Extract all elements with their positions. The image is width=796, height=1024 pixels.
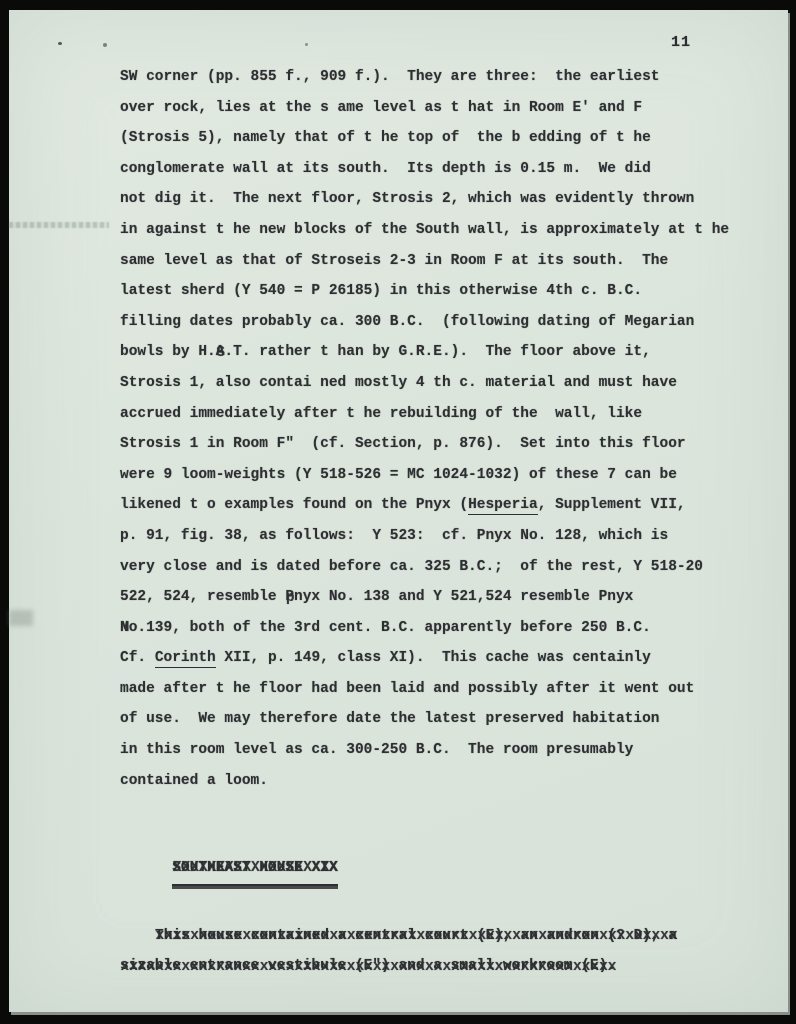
struck-heading-text: SOUTHEAST HOUSE XIX	[172, 853, 337, 887]
struck-line: sizable entrance vestibule (E") and a sm…	[120, 951, 677, 982]
text-line: of use. We may therefore date the latest…	[120, 704, 729, 735]
text-line: likened t o examples found on the Pnyx (…	[120, 490, 729, 521]
ink-speck	[305, 43, 308, 46]
text-segment: accrued immediately after t he rebuildin…	[120, 406, 642, 422]
paper-sheet: 11 SW corner (pp. 855 f., 909 f.). They …	[9, 10, 788, 1012]
text-line: p. 91, fig. 38, as follows: Y 523: cf. P…	[120, 521, 729, 552]
text-segment: in against t he new blocks of the South …	[120, 222, 729, 238]
text-line: SW corner (pp. 855 f., 909 f.). They are…	[120, 62, 729, 93]
struck-heading: SOUTHEAST HOUSE XIX	[120, 822, 677, 917]
ink-speck	[58, 42, 62, 45]
text-segment: made after t he floor had been laid and …	[120, 681, 694, 697]
text-line: made after t he floor had been laid and …	[120, 674, 729, 705]
text-line: filling dates probably ca. 300 B.C. (fol…	[120, 307, 729, 338]
text-line: 522, 524, resemble Pnyx No. 138 and Y 52…	[120, 582, 729, 613]
text-segment: over rock, lies at the s ame level as t …	[120, 100, 642, 116]
overstruck-char: N	[120, 613, 129, 644]
text-segment: , Supplement VII,	[538, 497, 686, 513]
overstruck-char: P	[285, 582, 294, 613]
overstruck-char: A	[216, 337, 225, 368]
text-segment: Cf.	[120, 650, 155, 666]
text-line: Strosis 1 in Room F" (cf. Section, p. 87…	[120, 429, 729, 460]
text-segment: 522, 524, resemble	[120, 589, 285, 605]
text-line: bowls by H.A.T. rather t han by G.R.E.).…	[120, 337, 729, 368]
text-segment: (Strosis 5), namely that of t he top of …	[120, 130, 651, 146]
text-line: same level as that of Stroseis 2-3 in Ro…	[120, 246, 729, 277]
struck-line: This house contained a central court (E)…	[120, 921, 677, 952]
text-segment: contained a loom.	[120, 773, 268, 789]
text-line: not dig it. The next floor, Strosis 2, w…	[120, 184, 729, 215]
text-line: No.139, both of the 3rd cent. B.C. appar…	[120, 613, 729, 644]
struck-text: This house contained a central court (E)…	[155, 921, 677, 952]
text-segment: Strosis 1 in Room F" (cf. Section, p. 87…	[120, 436, 686, 452]
underlined-text: Hesperia	[468, 497, 538, 515]
text-segment: very close and is dated before ca. 325 B…	[120, 559, 703, 575]
text-line: over rock, lies at the s ame level as t …	[120, 93, 729, 124]
underlined-text: Corinth	[155, 650, 216, 668]
ink-speck	[103, 43, 107, 47]
text-line: Cf. Corinth XII, p. 149, class XI). This…	[120, 643, 729, 674]
text-segment: Strosis 1, also contai ned mostly 4 th c…	[120, 375, 677, 391]
text-segment: conglomerate wall at its south. Its dept…	[120, 161, 651, 177]
text-segment: SW corner (pp. 855 f., 909 f.). They are…	[120, 69, 660, 85]
text-segment: filling dates probably ca. 300 B.C. (fol…	[120, 314, 694, 330]
text-line: in this room level as ca. 300-250 B.C. T…	[120, 735, 729, 766]
text-segment: of use. We may therefore date the latest…	[120, 711, 660, 727]
text-segment: not dig it. The next floor, Strosis 2, w…	[120, 191, 694, 207]
scanned-page-background: { "page": { "number": "11", "paper_color…	[0, 0, 796, 1024]
text-segment: latest sherd (Y 540 = P 26185) in this o…	[120, 283, 642, 299]
scan-smudge	[9, 222, 109, 228]
text-line: contained a loom.	[120, 766, 729, 797]
text-segment: bowls by H.	[120, 344, 216, 360]
scan-smudge	[9, 610, 33, 626]
text-segment: p. 91, fig. 38, as follows: Y 523: cf. P…	[120, 528, 668, 544]
text-line: were 9 loom-weights (Y 518-526 = MC 1024…	[120, 460, 729, 491]
text-line: conglomerate wall at its south. Its dept…	[120, 154, 729, 185]
text-segment: o.139, both of the 3rd cent. B.C. appare…	[129, 620, 651, 636]
struck-text: sizable entrance vestibule (E") and a sm…	[120, 951, 616, 982]
text-line: accrued immediately after t he rebuildin…	[120, 399, 729, 430]
text-segment: were 9 loom-weights (Y 518-526 = MC 1024…	[120, 467, 677, 483]
text-segment: likened t o examples found on the Pnyx (	[120, 497, 468, 513]
text-line: Strosis 1, also contai ned mostly 4 th c…	[120, 368, 729, 399]
text-line: very close and is dated before ca. 325 B…	[120, 552, 729, 583]
struck-paragraph: This house contained a central court (E)…	[120, 921, 677, 982]
text-segment: nyx No. 138 and Y 521,524 resemble Pnyx	[294, 589, 633, 605]
text-line: in against t he new blocks of the South …	[120, 215, 729, 246]
page-number: 11	[671, 34, 691, 51]
text-segment: in this room level as ca. 300-250 B.C. T…	[120, 742, 633, 758]
text-line: (Strosis 5), namely that of t he top of …	[120, 123, 729, 154]
text-segment: same level as that of Stroseis 2-3 in Ro…	[120, 253, 668, 269]
text-segment: XII, p. 149, class XI). This cache was c…	[216, 650, 651, 666]
text-line: latest sherd (Y 540 = P 26185) in this o…	[120, 276, 729, 307]
body-text: SW corner (pp. 855 f., 909 f.). They are…	[120, 62, 729, 796]
text-segment: .T. rather t han by G.R.E.). The floor a…	[224, 344, 650, 360]
struck-section: SOUTHEAST HOUSE XIX This house contained…	[120, 822, 677, 982]
